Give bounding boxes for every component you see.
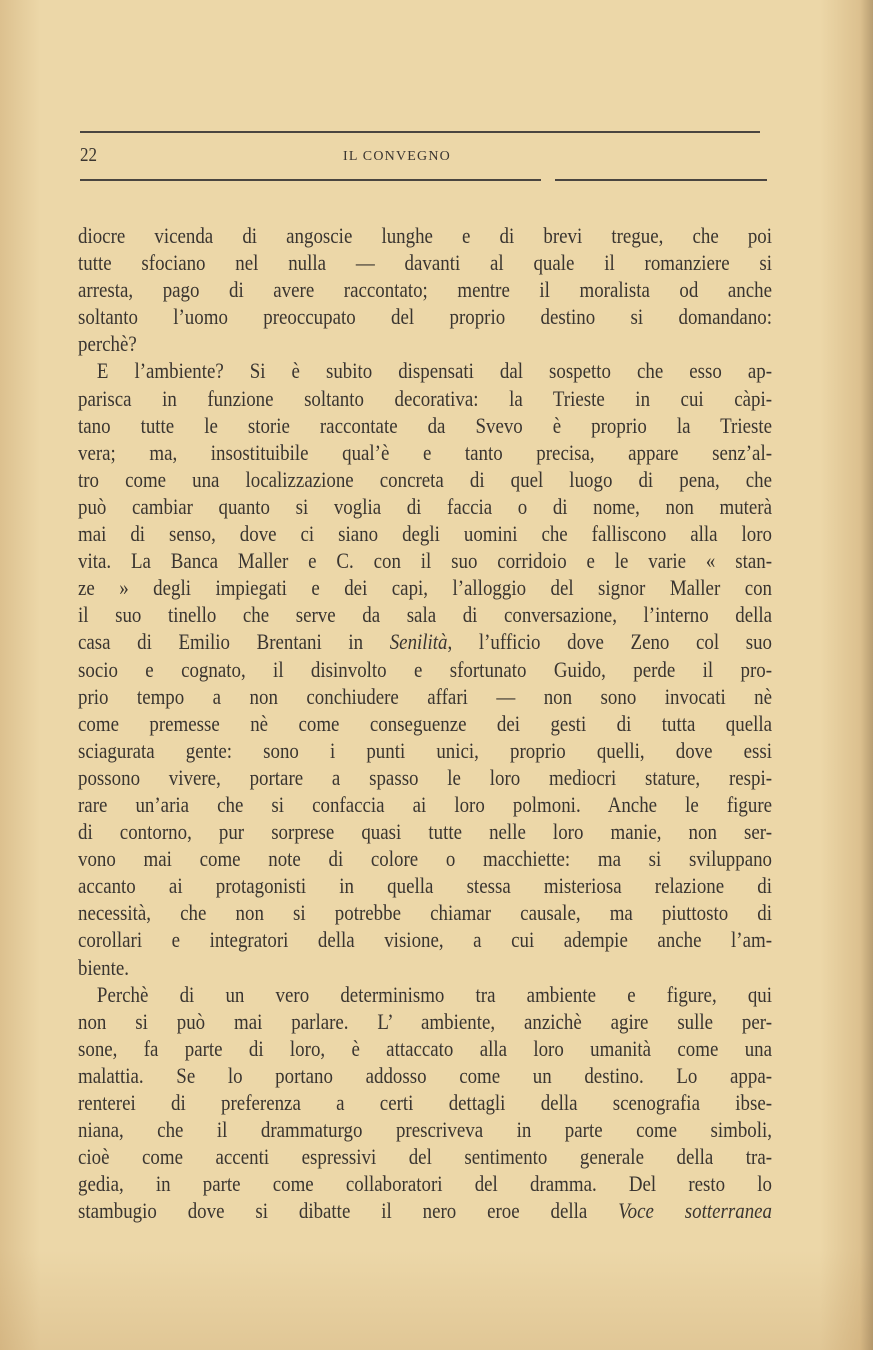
text-line: come premesse nè come conseguenze dei ge… [78, 710, 772, 737]
text-line: gedia, in parte come collaboratori del d… [78, 1170, 772, 1197]
text-line: necessità, che non si potrebbe chiamar c… [78, 899, 772, 926]
text-line: perchè? [78, 330, 772, 357]
text-line: renterei di preferenza a certi dettagli … [78, 1089, 772, 1116]
header-top-rule [80, 131, 760, 133]
page-number: 22 [80, 144, 97, 167]
text-line: ze » degli impiegati e dei capi, l’allog… [78, 574, 772, 601]
text-line: vono mai come note di colore o macchiett… [78, 845, 772, 872]
text-line: malattia. Se lo portano addosso come un … [78, 1062, 772, 1089]
text-line: tro come una localizzazione concreta di … [78, 466, 772, 493]
text-line: sciagurata gente: sono i punti unici, pr… [78, 737, 772, 764]
paragraph-start-line: E l’ambiente? Si è subito dispensati dal… [78, 357, 772, 384]
text-line: non si può mai parlare. L’ ambiente, anz… [78, 1008, 772, 1035]
italic-title-voce-sotterranea: Voce sotterranea [618, 1198, 772, 1223]
text-line: possono vivere, portare a spasso le loro… [78, 764, 772, 791]
text-line: corollari e integratori della visione, a… [78, 926, 772, 953]
text-line: mai di senso, dove ci siano degli uomini… [78, 520, 772, 547]
text-line: tano tutte le storie raccontate da Svevo… [78, 412, 772, 439]
text-line: arresta, pago di avere raccontato; mentr… [78, 276, 772, 303]
text-line: prio tempo a non conchiudere affari — no… [78, 683, 772, 710]
scanned-page: 22 IL CONVEGNO diocre vicenda di angosci… [0, 0, 873, 1350]
journal-title: IL CONVEGNO [343, 149, 451, 165]
running-head: 22 IL CONVEGNO [80, 144, 770, 172]
text-line: soltanto l’uomo preoccupato del proprio … [78, 303, 772, 330]
text-line-with-italic-title: casa di Emilio Brentani in Senilità, l’u… [78, 628, 772, 655]
text-line: rare un’aria che si confaccia ai loro po… [78, 791, 772, 818]
text-line-with-italic-title: stambugio dove si dibatte il nero eroe d… [78, 1197, 772, 1224]
text-line: tutte sfociano nel nulla — davanti al qu… [78, 249, 772, 276]
text-line: socio e cognato, il disinvolto e sfortun… [78, 656, 772, 683]
text-line: sone, fa parte di loro, è attaccato alla… [78, 1035, 772, 1062]
text-line: parisca in funzione soltanto decorativa:… [78, 385, 772, 412]
text-line: cioè come accenti espressivi del sentime… [78, 1143, 772, 1170]
text-line: di contorno, pur sorprese quasi tutte ne… [78, 818, 772, 845]
text-line: niana, che il drammaturgo prescriveva in… [78, 1116, 772, 1143]
text-line: diocre vicenda di angoscie lunghe e di b… [78, 222, 772, 249]
line-text: , l’ufficio dove Zeno col suo [448, 629, 773, 654]
header-bottom-rule-right [555, 179, 767, 181]
paragraph-start-line: Perchè di un vero determinismo tra ambie… [78, 981, 772, 1008]
text-line: biente. [78, 954, 772, 981]
line-text: casa di Emilio Brentani in [78, 629, 390, 654]
text-line: il suo tinello che serve da sala di conv… [78, 601, 772, 628]
header-bottom-rule-left [80, 179, 541, 181]
text-line: vita. La Banca Maller e C. con il suo co… [78, 547, 772, 574]
body-text: diocre vicenda di angoscie lunghe e di b… [78, 222, 772, 1224]
italic-title-senilita: Senilità [390, 629, 448, 654]
text-line: accanto ai protagonisti in quella stessa… [78, 872, 772, 899]
text-line: vera; ma, insostituibile qual’è e tanto … [78, 439, 772, 466]
text-line: può cambiar quanto si voglia di faccia o… [78, 493, 772, 520]
line-text: stambugio dove si dibatte il nero eroe d… [78, 1198, 618, 1223]
